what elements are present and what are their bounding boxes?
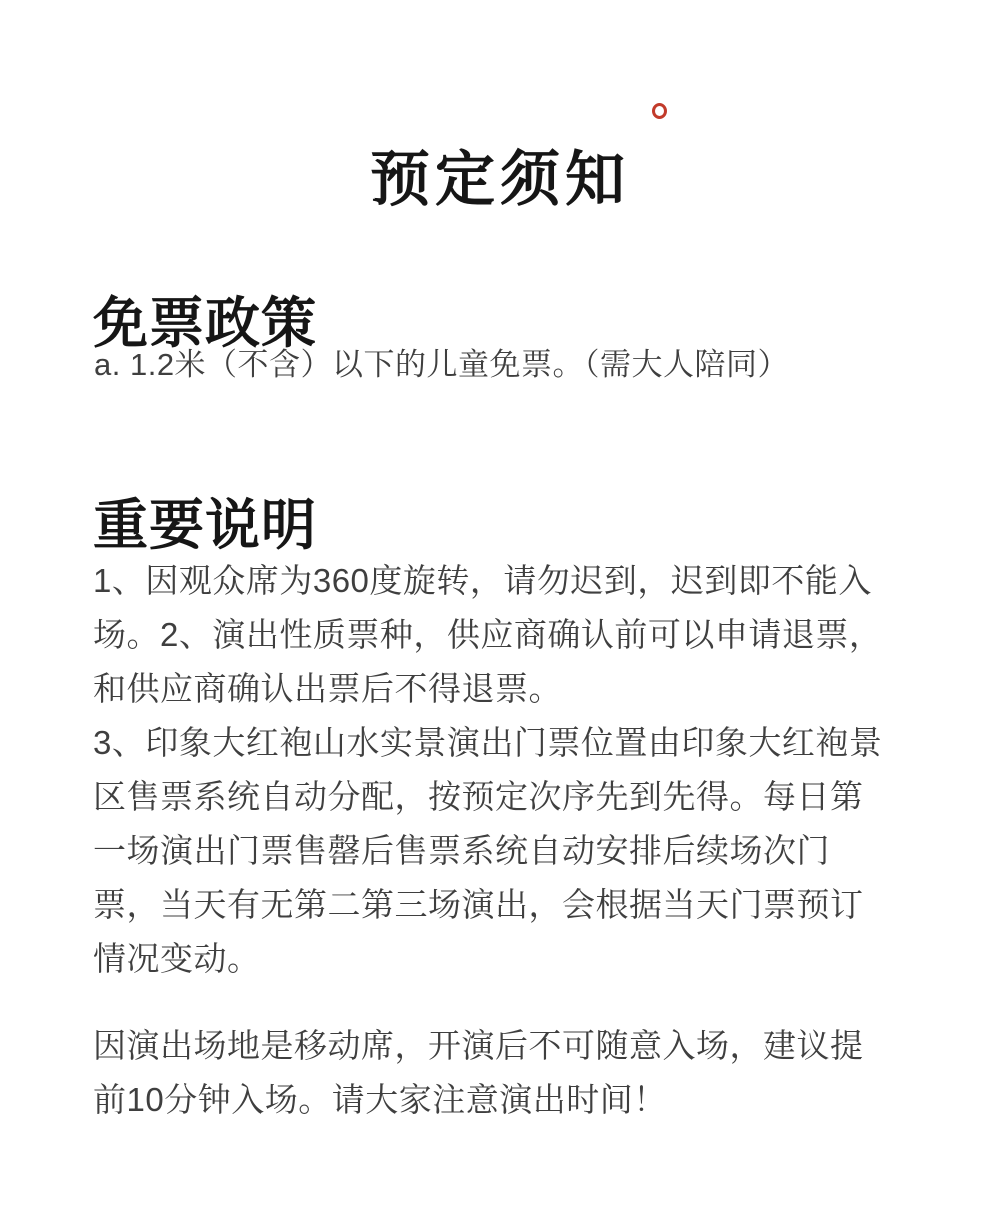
important-notes-paragraph-1: 1、因观众席为360度旋转，请勿迟到，迟到即不能入 场。2、演出性质票种，供应商…	[93, 554, 882, 986]
free-policy-item-a: a. 1.2米（不含）以下的儿童免票。（需大人陪同）	[94, 349, 789, 380]
page-title: 预定须知	[0, 150, 1000, 210]
important-notes-paragraph-2: 因演出场地是移动席，开演后不可随意入场，建议提 前10分钟入场。请大家注意演出时…	[93, 1019, 864, 1127]
notice-page: 预定须知 免票政策 a. 1.2米（不含）以下的儿童免票。（需大人陪同） 重要说…	[0, 0, 1000, 1215]
section-heading-free-ticket-policy: 免票政策	[93, 296, 317, 351]
red-circle-annotation-icon	[652, 103, 667, 119]
section-heading-important-notes: 重要说明	[93, 498, 317, 553]
